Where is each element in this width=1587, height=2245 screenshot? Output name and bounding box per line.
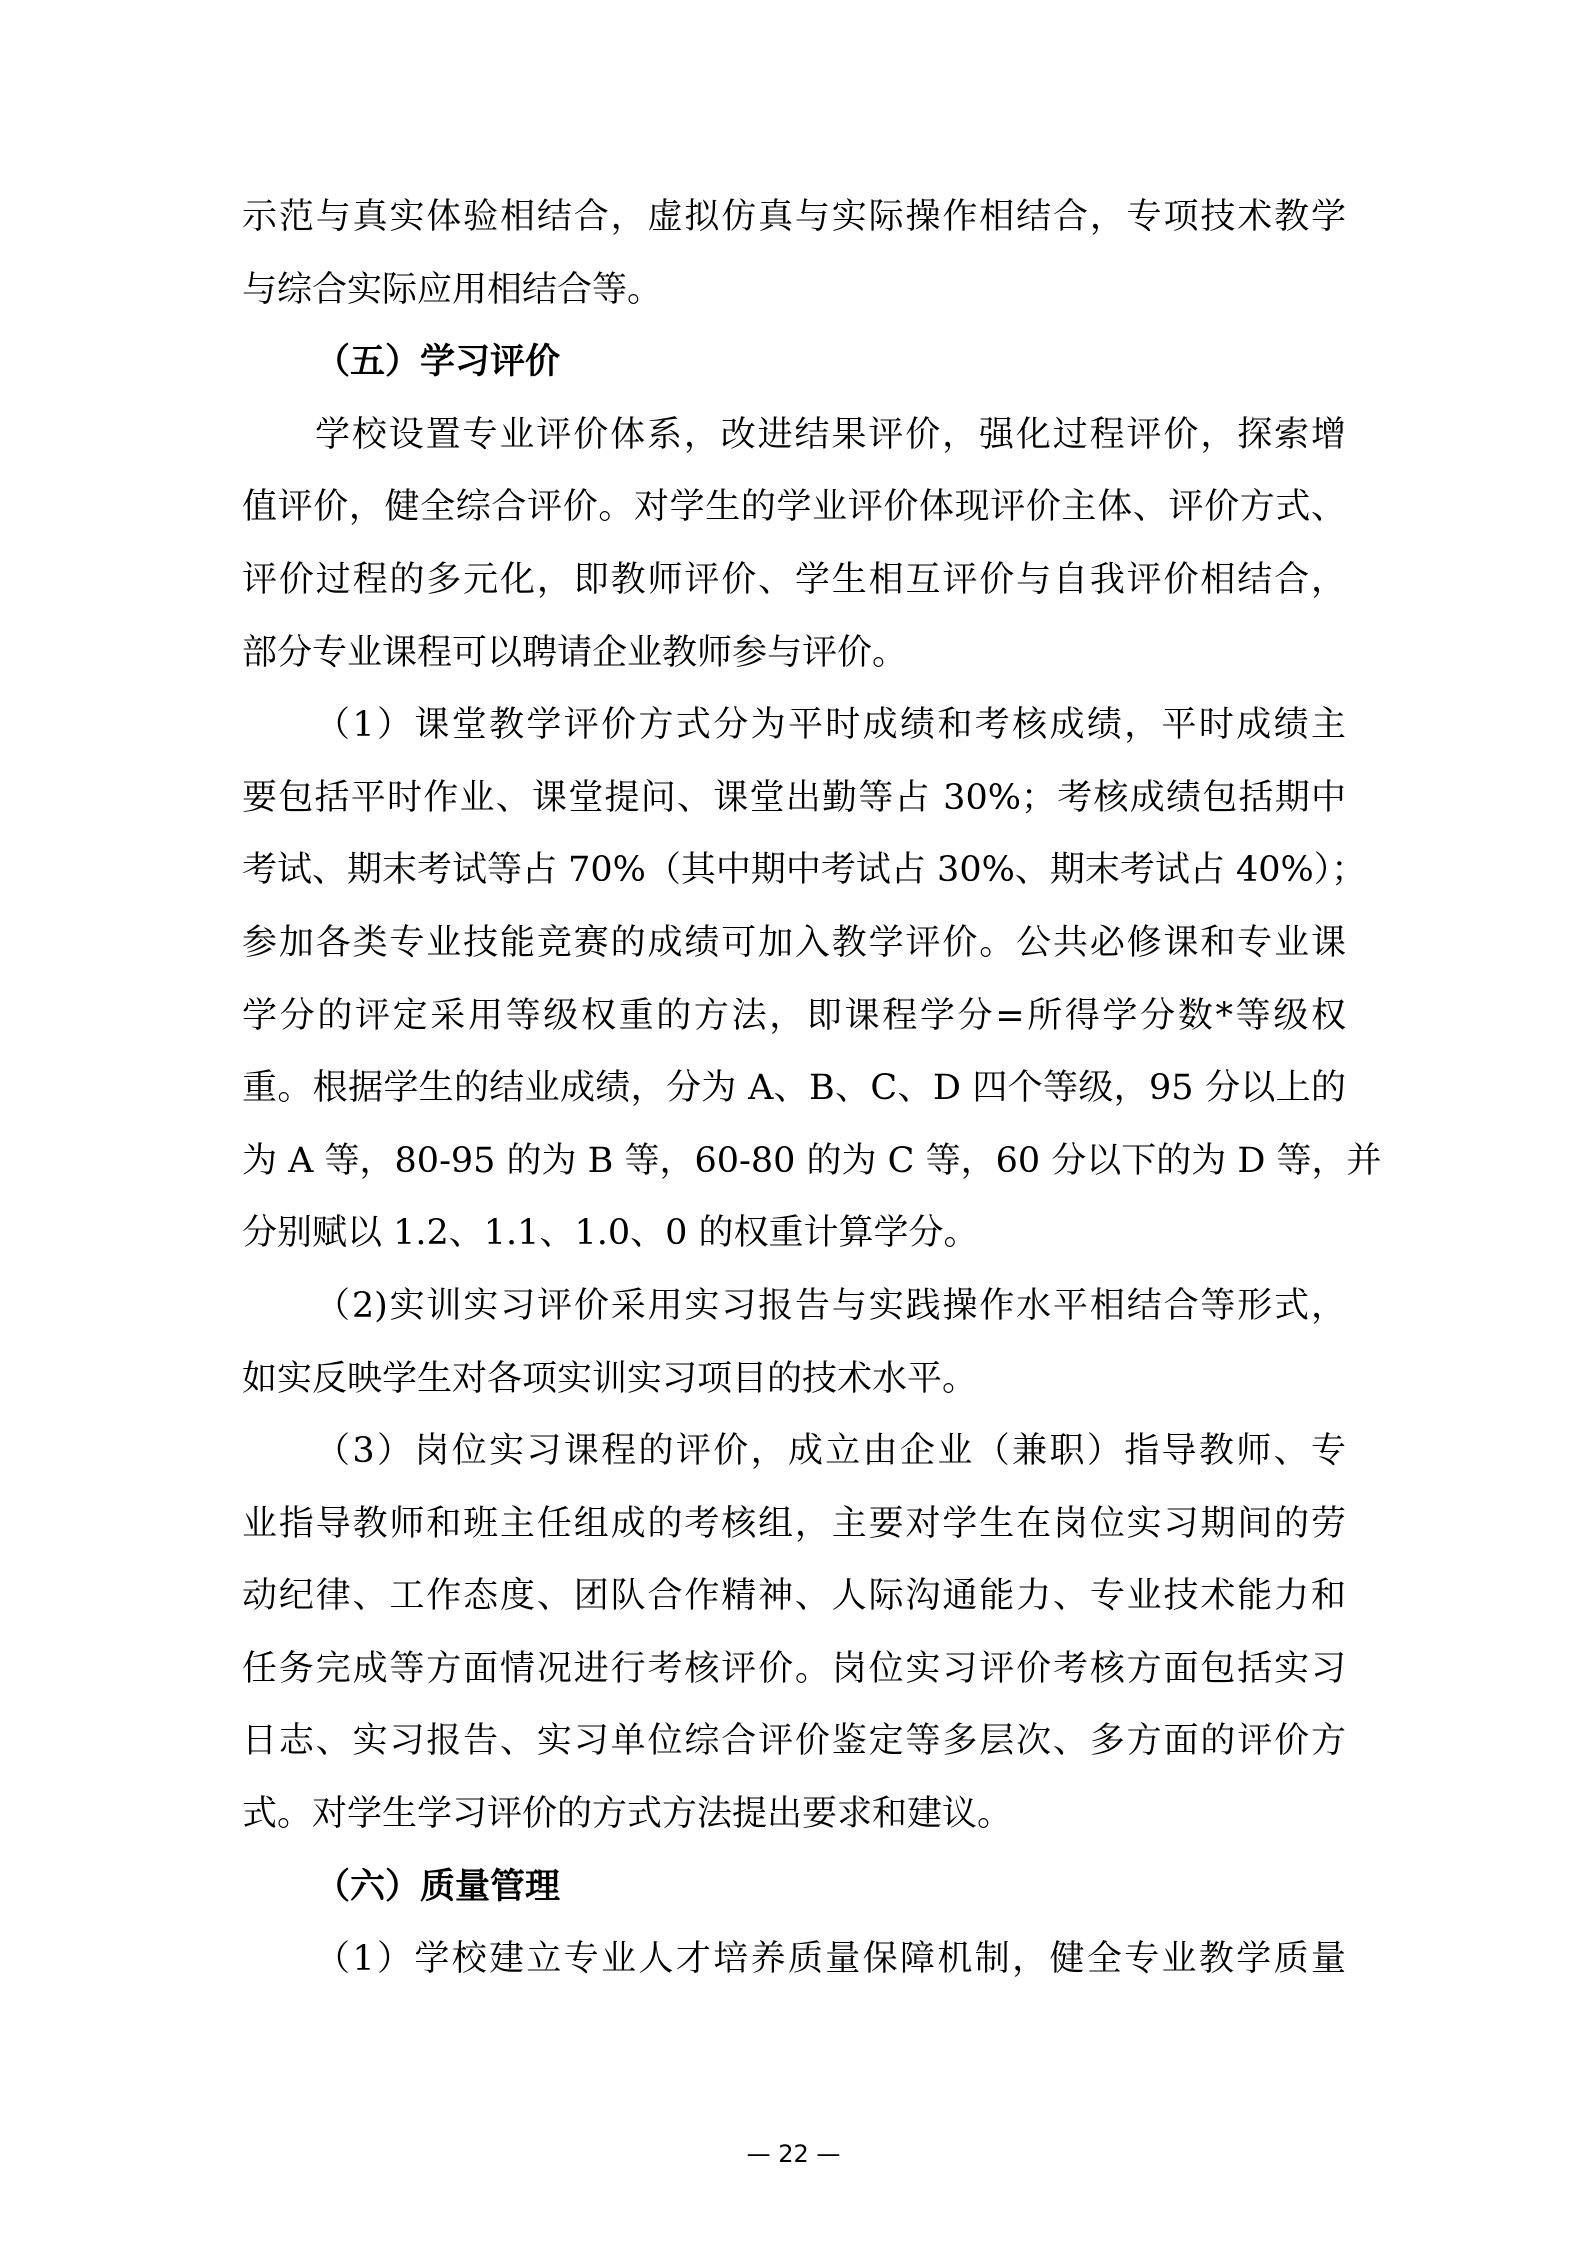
paragraph-line: 重。根据学生的结业成绩，分为 A、B、C、D 四个等级，95 分以上的: [242, 1052, 1346, 1125]
paragraph-line: 分别赋以 1.2、1.1、1.0、0 的权重计算学分。: [242, 1197, 1346, 1270]
document-body: 示范与真实体验相结合，虚拟仿真与实际操作相结合，专项技术教学 与综合实际应用相结…: [242, 181, 1346, 1996]
paragraph-line: 要包括平时作业、课堂提问、课堂出勤等占 30%；考核成绩包括期中: [242, 762, 1346, 835]
paragraph-line: 为 A 等，80-95 的为 B 等，60-80 的为 C 等，60 分以下的为…: [242, 1125, 1346, 1198]
section-heading-learning-evaluation: （五）学习评价: [242, 326, 1346, 399]
paragraph-line: 动纪律、工作态度、团队合作精神、人际沟通能力、专业技术能力和: [242, 1560, 1346, 1633]
paragraph-line: 考试、期末考试等占 70%（其中期中考试占 30%、期末考试占 40%）；: [242, 834, 1346, 907]
paragraph-line: 部分专业课程可以聘请企业教师参与评价。: [242, 617, 1346, 690]
page-number: — 22 —: [0, 2140, 1587, 2168]
paragraph-line: 学校设置专业评价体系，改进结果评价，强化过程评价，探索增: [242, 399, 1346, 472]
paragraph-line: （2)实训实习评价采用实习报告与实践操作水平相结合等形式，: [242, 1270, 1346, 1343]
paragraph-line: 任务完成等方面情况进行考核评价。岗位实习评价考核方面包括实习: [242, 1633, 1346, 1706]
paragraph-line: （1）课堂教学评价方式分为平时成绩和考核成绩，平时成绩主: [242, 689, 1346, 762]
paragraph-line: 日志、实习报告、实习单位综合评价鉴定等多层次、多方面的评价方: [242, 1705, 1346, 1778]
paragraph-line: 与综合实际应用相结合等。: [242, 254, 1346, 327]
paragraph-line: 示范与真实体验相结合，虚拟仿真与实际操作相结合，专项技术教学: [242, 181, 1346, 254]
paragraph-line: 式。对学生学习评价的方式方法提出要求和建议。: [242, 1778, 1346, 1851]
paragraph-line: （1）学校建立专业人才培养质量保障机制，健全专业教学质量: [242, 1923, 1346, 1996]
paragraph-line: 学分的评定采用等级权重的方法，即课程学分=所得学分数*等级权: [242, 980, 1346, 1053]
paragraph-line: 如实反映学生对各项实训实习项目的技术水平。: [242, 1343, 1346, 1416]
document-page: 示范与真实体验相结合，虚拟仿真与实际操作相结合，专项技术教学 与综合实际应用相结…: [0, 0, 1587, 2245]
paragraph-line: 评价过程的多元化，即教师评价、学生相互评价与自我评价相结合，: [242, 544, 1346, 617]
paragraph-line: 参加各类专业技能竞赛的成绩可加入教学评价。公共必修课和专业课: [242, 907, 1346, 980]
paragraph-line: 业指导教师和班主任组成的考核组，主要对学生在岗位实习期间的劳: [242, 1488, 1346, 1561]
paragraph-line: 值评价，健全综合评价。对学生的学业评价体现评价主体、评价方式、: [242, 471, 1346, 544]
paragraph-line: （3）岗位实习课程的评价，成立由企业（兼职）指导教师、专: [242, 1415, 1346, 1488]
section-heading-quality-management: （六）质量管理: [242, 1851, 1346, 1924]
